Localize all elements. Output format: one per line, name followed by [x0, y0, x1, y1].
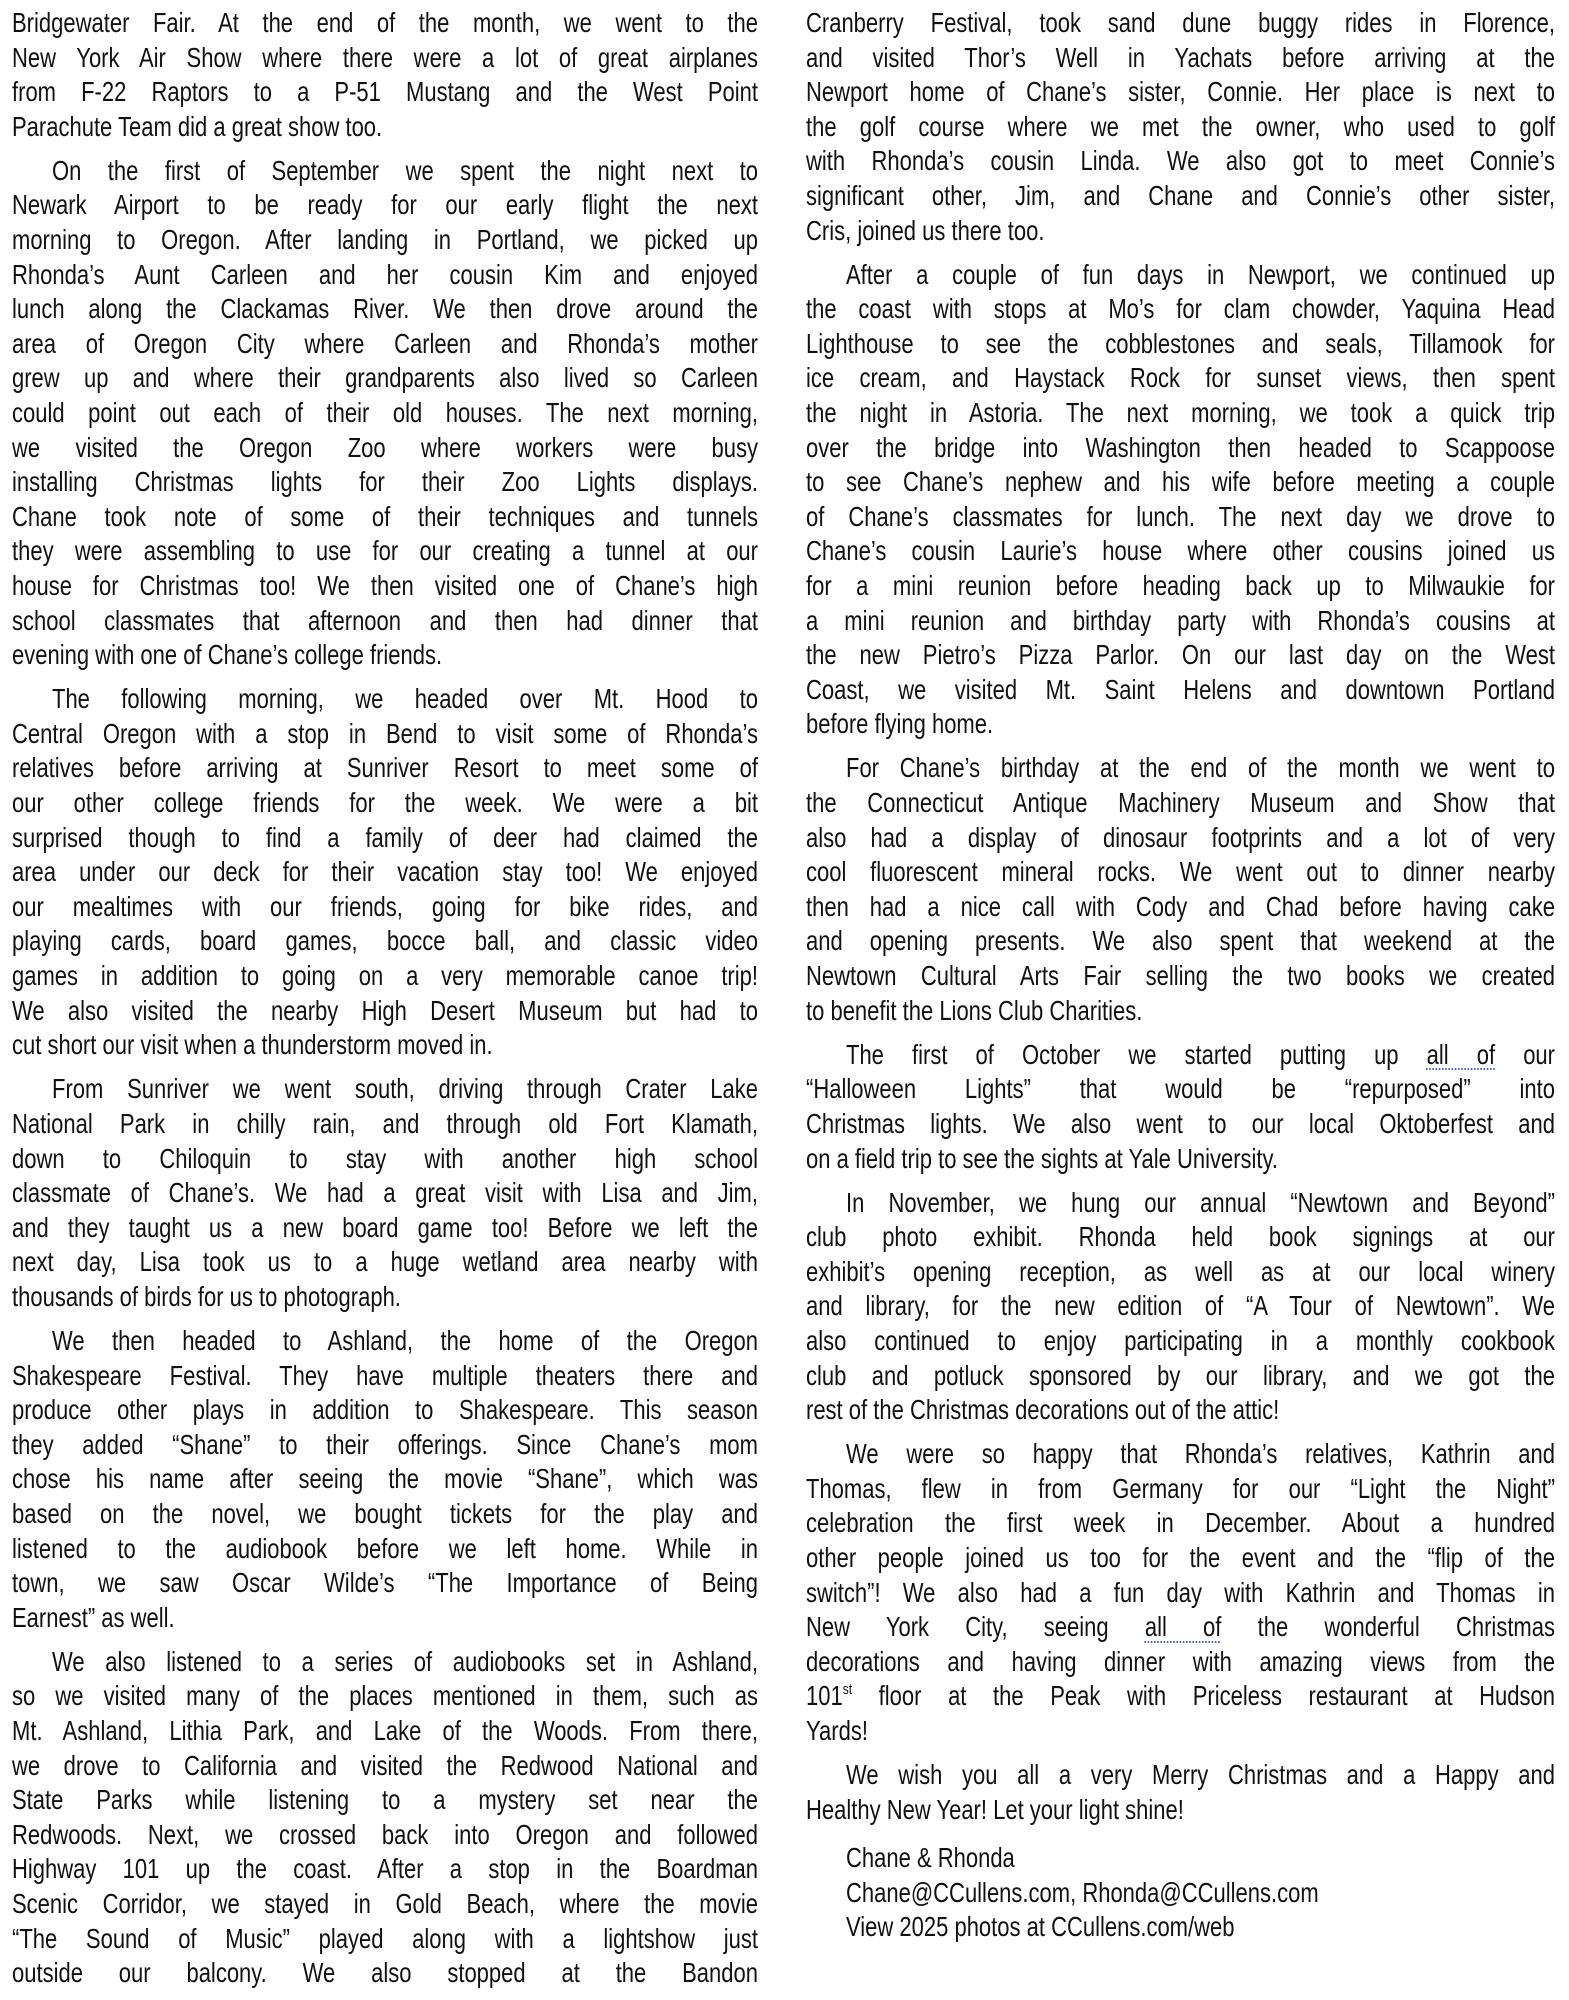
text-line: the new Pietro’s Pizza Parlor. On our la… — [806, 638, 1555, 673]
text-line: Scenic Corridor, we stayed in Gold Beach… — [12, 1887, 758, 1922]
line-text: New York Air Show where there were a lot… — [12, 41, 758, 76]
line-text: The following morning, we headed over Mt… — [12, 682, 758, 717]
text-line: our mealtimes with our friends, going fo… — [12, 890, 758, 925]
text-line: Chane took note of some of their techniq… — [12, 500, 758, 535]
line-text: surprised though to find a family of dee… — [12, 821, 758, 856]
line-text: significant other, Jim, and Chane and Co… — [806, 179, 1555, 214]
text-line: for a mini reunion before heading back u… — [806, 569, 1555, 604]
line-text: they were assembling to use for our crea… — [12, 534, 758, 569]
text-line: with Rhonda’s cousin Linda. We also got … — [806, 144, 1555, 179]
text-line: chose his name after seeing the movie “S… — [12, 1462, 758, 1497]
line-text: Parachute Team did a great show too. — [12, 110, 758, 145]
signature-names: Chane & Rhonda — [806, 1841, 1555, 1876]
line-text: decorations and having dinner with amazi… — [806, 1645, 1555, 1680]
line-text: relatives before arriving at Sunriver Re… — [12, 751, 758, 786]
text-line: significant other, Jim, and Chane and Co… — [806, 179, 1555, 214]
line-text: for a mini reunion before heading back u… — [806, 569, 1555, 604]
line-text: also continued to enjoy participating in… — [806, 1324, 1555, 1359]
line-text-segment: New York City, seeing — [806, 1611, 1145, 1642]
line-text: down to Chiloquin to stay with another h… — [12, 1142, 758, 1177]
text-line: and they taught us a new board game too!… — [12, 1211, 758, 1246]
line-text: On the first of September we spent the n… — [12, 154, 758, 189]
line-text: rest of the Christmas decorations out of… — [806, 1393, 1555, 1428]
text-line: house for Christmas too! We then visited… — [12, 569, 758, 604]
line-text-segment: 101 — [806, 1680, 843, 1711]
text-line: Bridgewater Fair. At the end of the mont… — [12, 6, 758, 41]
line-text: Bridgewater Fair. At the end of the mont… — [12, 6, 758, 41]
line-text: the night in Astoria. The next morning, … — [806, 396, 1555, 431]
line-text: classmate of Chane’s. We had a great vis… — [12, 1176, 758, 1211]
text-line: New York City, seeing all of the wonderf… — [806, 1610, 1555, 1645]
text-line: switch”! We also had a fun day with Kath… — [806, 1576, 1555, 1611]
line-text: to benefit the Lions Club Charities. — [806, 994, 1555, 1029]
text-line: they added “Shane” to their offerings. S… — [12, 1428, 758, 1463]
text-line: and visited Thor’s Well in Yachats befor… — [806, 41, 1555, 76]
text-line: could point out each of their old houses… — [12, 396, 758, 431]
line-text: a mini reunion and birthday party with R… — [806, 604, 1555, 639]
line-text: Newtown Cultural Arts Fair selling the t… — [806, 959, 1555, 994]
line-text: exhibit’s opening reception, as well as … — [806, 1255, 1555, 1290]
line-text: We also visited the nearby High Desert M… — [12, 994, 758, 1029]
line-text: cool fluorescent mineral rocks. We went … — [806, 855, 1555, 890]
text-line: The first of October we started putting … — [806, 1038, 1555, 1073]
line-text-segment: the wonderful Christmas — [1221, 1611, 1555, 1642]
text-line: Yards! — [806, 1714, 1555, 1749]
line-text: our other college friends for the week. … — [12, 786, 758, 821]
text-line: From Sunriver we went south, driving thr… — [12, 1072, 758, 1107]
text-line: outside our balcony. We also stopped at … — [12, 1956, 758, 1991]
line-text: 101st floor at the Peak with Priceless r… — [806, 1679, 1555, 1714]
text-line: evening with one of Chane’s college frie… — [12, 638, 758, 673]
line-text: area under our deck for their vacation s… — [12, 855, 758, 890]
text-line: New York Air Show where there were a lot… — [12, 41, 758, 76]
line-text: thousands of birds for us to photograph. — [12, 1280, 758, 1315]
text-line: we drove to California and visited the R… — [12, 1749, 758, 1784]
signature-emails[interactable]: Chane@CCullens.com, Rhonda@CCullens.com — [806, 1876, 1555, 1911]
line-text: school classmates that afternoon and the… — [12, 604, 758, 639]
line-text: of Chane’s classmates for lunch. The nex… — [806, 500, 1555, 535]
text-line: and opening presents. We also spent that… — [806, 924, 1555, 959]
line-text: evening with one of Chane’s college frie… — [12, 638, 758, 673]
line-text: and they taught us a new board game too!… — [12, 1211, 758, 1246]
line-text: We also listened to a series of audioboo… — [12, 1645, 758, 1680]
line-text: we drove to California and visited the R… — [12, 1749, 758, 1784]
text-line: The following morning, we headed over Mt… — [12, 682, 758, 717]
text-line: the golf course where we met the owner, … — [806, 110, 1555, 145]
text-line: Earnest” as well. — [12, 1601, 758, 1636]
line-text: could point out each of their old houses… — [12, 396, 758, 431]
paragraph: In November, we hung our annual “Newtown… — [806, 1186, 1555, 1428]
text-line: On the first of September we spent the n… — [12, 154, 758, 189]
line-text: they added “Shane” to their offerings. S… — [12, 1428, 758, 1463]
line-text: next day, Lisa took us to a huge wetland… — [12, 1245, 758, 1280]
line-text: We then headed to Ashland, the home of t… — [12, 1324, 758, 1359]
line-text: Rhonda’s Aunt Carleen and her cousin Kim… — [12, 258, 758, 293]
text-line: based on the novel, we bought tickets fo… — [12, 1497, 758, 1532]
line-text-segment: The first of October we started putting … — [846, 1039, 1427, 1070]
letter-page: Bridgewater Fair. At the end of the mont… — [0, 0, 1569, 2000]
text-line: “The Sound of Music” played along with a… — [12, 1922, 758, 1957]
line-text: Cris, joined us there too. — [806, 214, 1555, 249]
text-line: and library, for the new edition of “A T… — [806, 1289, 1555, 1324]
text-line: Coast, we visited Mt. Saint Helens and d… — [806, 673, 1555, 708]
line-text: ice cream, and Haystack Rock for sunset … — [806, 361, 1555, 396]
line-text-segment: our — [1495, 1039, 1555, 1070]
signature-names-line: Chane & Rhonda — [806, 1841, 1555, 1876]
line-text: so we visited many of the places mention… — [12, 1679, 758, 1714]
line-text: Chane’s cousin Laurie’s house where othe… — [806, 534, 1555, 569]
text-line: Shakespeare Festival. They have multiple… — [12, 1359, 758, 1394]
grammar-suggestion-mark[interactable]: all of — [1427, 1039, 1495, 1070]
line-text: The first of October we started putting … — [806, 1038, 1555, 1073]
text-line: For Chane’s birthday at the end of the m… — [806, 751, 1555, 786]
paragraph: We were so happy that Rhonda’s relatives… — [806, 1437, 1555, 1748]
text-line: cool fluorescent mineral rocks. We went … — [806, 855, 1555, 890]
text-line: After a couple of fun days in Newport, w… — [806, 258, 1555, 293]
text-line: Healthy New Year! Let your light shine! — [806, 1793, 1555, 1828]
paragraph: We also listened to a series of audioboo… — [12, 1645, 758, 1991]
line-text: In November, we hung our annual “Newtown… — [806, 1186, 1555, 1221]
line-text: “Halloween Lights” that would be “repurp… — [806, 1072, 1555, 1107]
text-line: rest of the Christmas decorations out of… — [806, 1393, 1555, 1428]
text-line: also had a display of dinosaur footprint… — [806, 821, 1555, 856]
line-text: After a couple of fun days in Newport, w… — [806, 258, 1555, 293]
text-line: before flying home. — [806, 707, 1555, 742]
line-text: Chane took note of some of their techniq… — [12, 500, 758, 535]
text-line: a mini reunion and birthday party with R… — [806, 604, 1555, 639]
text-line: ice cream, and Haystack Rock for sunset … — [806, 361, 1555, 396]
text-line: celebration the first week in December. … — [806, 1506, 1555, 1541]
line-text: other people joined us too for the event… — [806, 1541, 1555, 1576]
text-line: Rhonda’s Aunt Carleen and her cousin Kim… — [12, 258, 758, 293]
line-text: from F-22 Raptors to a P-51 Mustang and … — [12, 75, 758, 110]
line-text: Highway 101 up the coast. After a stop i… — [12, 1852, 758, 1887]
text-line: We then headed to Ashland, the home of t… — [12, 1324, 758, 1359]
grammar-suggestion-mark[interactable]: all of — [1145, 1611, 1222, 1642]
text-line: Central Oregon with a stop in Bend to vi… — [12, 717, 758, 752]
text-line: area of Oregon City where Carleen and Rh… — [12, 327, 758, 362]
paragraph: Cranberry Festival, took sand dune buggy… — [806, 6, 1555, 248]
line-text: Healthy New Year! Let your light shine! — [806, 1793, 1555, 1828]
line-text: Newark Airport to be ready for our early… — [12, 188, 758, 223]
text-line: games in addition to going on a very mem… — [12, 959, 758, 994]
text-line: Christmas lights. We also went to our lo… — [806, 1107, 1555, 1142]
line-text: Lighthouse to see the cobblestones and s… — [806, 327, 1555, 362]
text-line: also continued to enjoy participating in… — [806, 1324, 1555, 1359]
line-text: Redwoods. Next, we crossed back into Ore… — [12, 1818, 758, 1853]
line-text: the coast with stops at Mo’s for clam ch… — [806, 292, 1555, 327]
line-text: Scenic Corridor, we stayed in Gold Beach… — [12, 1887, 758, 1922]
text-line: club photo exhibit. Rhonda held book sig… — [806, 1220, 1555, 1255]
text-line: of Chane’s classmates for lunch. The nex… — [806, 500, 1555, 535]
line-text: on a field trip to see the sights at Yal… — [806, 1142, 1555, 1177]
line-text: We wish you all a very Merry Christmas a… — [806, 1758, 1555, 1793]
line-text: celebration the first week in December. … — [806, 1506, 1555, 1541]
text-line: Cranberry Festival, took sand dune buggy… — [806, 6, 1555, 41]
text-line: Lighthouse to see the cobblestones and s… — [806, 327, 1555, 362]
text-line: playing cards, board games, bocce ball, … — [12, 924, 758, 959]
text-line: decorations and having dinner with amazi… — [806, 1645, 1555, 1680]
text-line: then had a nice call with Cody and Chad … — [806, 890, 1555, 925]
line-text: cut short our visit when a thunderstorm … — [12, 1028, 758, 1063]
line-text: Central Oregon with a stop in Bend to vi… — [12, 717, 758, 752]
text-line: club and potluck sponsored by our librar… — [806, 1359, 1555, 1394]
line-text: based on the novel, we bought tickets fo… — [12, 1497, 758, 1532]
line-text: playing cards, board games, bocce ball, … — [12, 924, 758, 959]
paragraph: After a couple of fun days in Newport, w… — [806, 258, 1555, 742]
text-line: next day, Lisa took us to a huge wetland… — [12, 1245, 758, 1280]
line-text: house for Christmas too! We then visited… — [12, 569, 758, 604]
text-line: “Halloween Lights” that would be “repurp… — [806, 1072, 1555, 1107]
line-text: Coast, we visited Mt. Saint Helens and d… — [806, 673, 1555, 708]
line-text: Cranberry Festival, took sand dune buggy… — [806, 6, 1555, 41]
line-text: town, we saw Oscar Wilde’s “The Importan… — [12, 1566, 758, 1601]
line-text: then had a nice call with Cody and Chad … — [806, 890, 1555, 925]
text-line: town, we saw Oscar Wilde’s “The Importan… — [12, 1566, 758, 1601]
text-line: the Connecticut Antique Machinery Museum… — [806, 786, 1555, 821]
line-text: Yards! — [806, 1714, 1555, 1749]
text-line: grew up and where their grandparents als… — [12, 361, 758, 396]
text-line: to benefit the Lions Club Charities. — [806, 994, 1555, 1029]
text-line: Newtown Cultural Arts Fair selling the t… — [806, 959, 1555, 994]
line-text: morning to Oregon. After landing in Port… — [12, 223, 758, 258]
paragraph: We then headed to Ashland, the home of t… — [12, 1324, 758, 1635]
line-text: lunch along the Clackamas River. We then… — [12, 292, 758, 327]
text-line: morning to Oregon. After landing in Port… — [12, 223, 758, 258]
text-line: installing Christmas lights for their Zo… — [12, 465, 758, 500]
line-text: the Connecticut Antique Machinery Museum… — [806, 786, 1555, 821]
line-text: Christmas lights. We also went to our lo… — [806, 1107, 1555, 1142]
line-text: chose his name after seeing the movie “S… — [12, 1462, 758, 1497]
line-text: area of Oregon City where Carleen and Rh… — [12, 327, 758, 362]
text-line: 101st floor at the Peak with Priceless r… — [806, 1679, 1555, 1714]
line-text: New York City, seeing all of the wonderf… — [806, 1610, 1555, 1645]
line-text: and opening presents. We also spent that… — [806, 924, 1555, 959]
text-line: We were so happy that Rhonda’s relatives… — [806, 1437, 1555, 1472]
line-text: Newport home of Chane’s sister, Connie. … — [806, 75, 1555, 110]
line-text: grew up and where their grandparents als… — [12, 361, 758, 396]
line-text: Mt. Ashland, Lithia Park, and Lake of th… — [12, 1714, 758, 1749]
line-text: Thomas, flew in from Germany for our “Li… — [806, 1472, 1555, 1507]
text-line: lunch along the Clackamas River. We then… — [12, 292, 758, 327]
text-line: Highway 101 up the coast. After a stop i… — [12, 1852, 758, 1887]
line-text: over the bridge into Washington then hea… — [806, 431, 1555, 466]
left-column: Bridgewater Fair. At the end of the mont… — [12, 6, 758, 2000]
line-text: switch”! We also had a fun day with Kath… — [806, 1576, 1555, 1611]
text-line: Parachute Team did a great show too. — [12, 110, 758, 145]
paragraph: On the first of September we spent the n… — [12, 154, 758, 673]
line-text: Shakespeare Festival. They have multiple… — [12, 1359, 758, 1394]
line-text: our mealtimes with our friends, going fo… — [12, 890, 758, 925]
line-text-segment: floor at the Peak with Priceless restaur… — [852, 1680, 1555, 1711]
text-line: so we visited many of the places mention… — [12, 1679, 758, 1714]
right-column: Cranberry Festival, took sand dune buggy… — [806, 6, 1555, 1945]
text-line: they were assembling to use for our crea… — [12, 534, 758, 569]
paragraph: The following morning, we headed over Mt… — [12, 682, 758, 1063]
text-line: Mt. Ashland, Lithia Park, and Lake of th… — [12, 1714, 758, 1749]
text-line: the night in Astoria. The next morning, … — [806, 396, 1555, 431]
text-line: down to Chiloquin to stay with another h… — [12, 1142, 758, 1177]
line-text: the golf course where we met the owner, … — [806, 110, 1555, 145]
text-line: We also listened to a series of audioboo… — [12, 1645, 758, 1680]
text-line: Chane’s cousin Laurie’s house where othe… — [806, 534, 1555, 569]
text-line: listened to the audiobook before we left… — [12, 1532, 758, 1567]
line-text: listened to the audiobook before we left… — [12, 1532, 758, 1567]
line-text: installing Christmas lights for their Zo… — [12, 465, 758, 500]
text-line: cut short our visit when a thunderstorm … — [12, 1028, 758, 1063]
signature-photos-line: View 2025 photos at CCullens.com/web — [806, 1910, 1555, 1945]
text-line: National Park in chilly rain, and throug… — [12, 1107, 758, 1142]
text-line: our other college friends for the week. … — [12, 786, 758, 821]
line-text: and library, for the new edition of “A T… — [806, 1289, 1555, 1324]
text-line: from F-22 Raptors to a P-51 Mustang and … — [12, 75, 758, 110]
text-line: to see Chane’s nephew and his wife befor… — [806, 465, 1555, 500]
paragraph: For Chane’s birthday at the end of the m… — [806, 751, 1555, 1028]
line-text: with Rhonda’s cousin Linda. We also got … — [806, 144, 1555, 179]
line-text: club photo exhibit. Rhonda held book sig… — [806, 1220, 1555, 1255]
line-text: From Sunriver we went south, driving thr… — [12, 1072, 758, 1107]
paragraph: The first of October we started putting … — [806, 1038, 1555, 1176]
text-line: school classmates that afternoon and the… — [12, 604, 758, 639]
text-line: Redwoods. Next, we crossed back into Ore… — [12, 1818, 758, 1853]
signature-emails-line: Chane@CCullens.com, Rhonda@CCullens.com — [806, 1876, 1555, 1911]
text-line: classmate of Chane’s. We had a great vis… — [12, 1176, 758, 1211]
line-text: “The Sound of Music” played along with a… — [12, 1922, 758, 1957]
text-line: Newport home of Chane’s sister, Connie. … — [806, 75, 1555, 110]
line-text: to see Chane’s nephew and his wife befor… — [806, 465, 1555, 500]
text-line: Thomas, flew in from Germany for our “Li… — [806, 1472, 1555, 1507]
text-line: In November, we hung our annual “Newtown… — [806, 1186, 1555, 1221]
line-text: games in addition to going on a very mem… — [12, 959, 758, 994]
text-line: surprised though to find a family of dee… — [12, 821, 758, 856]
text-line: Newark Airport to be ready for our early… — [12, 188, 758, 223]
photos-link[interactable]: View 2025 photos at CCullens.com/web — [806, 1910, 1555, 1945]
text-line: the coast with stops at Mo’s for clam ch… — [806, 292, 1555, 327]
line-text: we visited the Oregon Zoo where workers … — [12, 431, 758, 466]
text-line: other people joined us too for the event… — [806, 1541, 1555, 1576]
signature-block: Chane & Rhonda Chane@CCullens.com, Rhond… — [806, 1841, 1555, 1945]
text-line: relatives before arriving at Sunriver Re… — [12, 751, 758, 786]
line-text: club and potluck sponsored by our librar… — [806, 1359, 1555, 1394]
line-text: also had a display of dinosaur footprint… — [806, 821, 1555, 856]
text-line: We wish you all a very Merry Christmas a… — [806, 1758, 1555, 1793]
line-text: State Parks while listening to a mystery… — [12, 1783, 758, 1818]
text-line: We also visited the nearby High Desert M… — [12, 994, 758, 1029]
line-text: For Chane’s birthday at the end of the m… — [806, 751, 1555, 786]
text-line: we visited the Oregon Zoo where workers … — [12, 431, 758, 466]
paragraph: From Sunriver we went south, driving thr… — [12, 1072, 758, 1314]
text-line: on a field trip to see the sights at Yal… — [806, 1142, 1555, 1177]
text-line: over the bridge into Washington then hea… — [806, 431, 1555, 466]
text-line: State Parks while listening to a mystery… — [12, 1783, 758, 1818]
right-column-paragraphs: Cranberry Festival, took sand dune buggy… — [806, 6, 1555, 1827]
paragraph: We wish you all a very Merry Christmas a… — [806, 1758, 1555, 1827]
text-line: exhibit’s opening reception, as well as … — [806, 1255, 1555, 1290]
line-text: Earnest” as well. — [12, 1601, 758, 1636]
line-text: and visited Thor’s Well in Yachats befor… — [806, 41, 1555, 76]
line-text: the new Pietro’s Pizza Parlor. On our la… — [806, 638, 1555, 673]
paragraph: Bridgewater Fair. At the end of the mont… — [12, 6, 758, 144]
text-line: Cris, joined us there too. — [806, 214, 1555, 249]
text-line: produce other plays in addition to Shake… — [12, 1393, 758, 1428]
line-text: National Park in chilly rain, and throug… — [12, 1107, 758, 1142]
text-line: thousands of birds for us to photograph. — [12, 1280, 758, 1315]
line-text: produce other plays in addition to Shake… — [12, 1393, 758, 1428]
line-text: before flying home. — [806, 707, 1555, 742]
line-text: outside our balcony. We also stopped at … — [12, 1956, 758, 1991]
text-line: area under our deck for their vacation s… — [12, 855, 758, 890]
ordinal-superscript: st — [843, 1681, 852, 1698]
line-text: We were so happy that Rhonda’s relatives… — [806, 1437, 1555, 1472]
